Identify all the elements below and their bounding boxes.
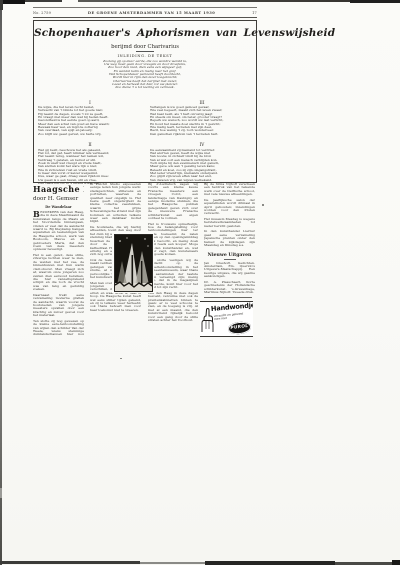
purol-brand-label: PUROL [230,324,248,331]
article-body-col1: BEZOEKERS van den Haag, die in deze Maar… [33,211,84,335]
notices-column: Bij de firma Nijhoff verscheen een herdr… [204,183,255,295]
feature-section-heading: INLEIDING. DE TEKST [34,54,256,58]
scan-speck [0,488,2,498]
scan-edge-bottom-segment [205,561,335,565]
woodcut-image [114,234,153,292]
feature-subtitle: berijmd door Charivarius [34,44,256,50]
stanza-lines: De eenzaamheid zij niemand tot verdriet:… [150,149,254,182]
stanza-numeral: IV [150,142,254,147]
masthead: No. 2759 DE GROENE AMSTERDAMMER VAN 15 M… [33,9,257,17]
stanza-lines: Wat gij bezit, beschouw het als geleend,… [38,149,142,186]
article-headline: Haagsche Kunst [33,184,84,194]
article-column-3: Bij d'Audretsch zagen wij voorts een kle… [148,183,198,336]
intro-verse: Zoolang gij op deez' aarde, die zoo wond… [70,60,220,90]
masthead-rule-bottom [33,17,257,18]
feature-title: Schopenhauer's Aphorismen van Levenswijs… [34,27,256,39]
article-byline: door H. Gemser [33,196,84,202]
scan-speck [262,204,264,206]
ad-top-rule [204,297,252,298]
scan-speck [120,358,122,359]
stanza-numeral: II [38,142,142,147]
masthead-paper-title: DE GROENE AMSTERDAMMER VAN 15 MAART 1930 [88,11,215,15]
scan-edge-bottom-corner [392,560,400,565]
article-subheading: De Wandelaar [33,205,84,209]
scan-edge-bottom-segment [140,562,205,564]
scan-edge-left [0,0,2,565]
masthead-issue-number: No. 2759 [33,11,51,15]
verse-column-left: I De wijze, die het leven recht beziet,V… [38,97,142,186]
feature-box: Schopenhauer's Aphorismen van Levenswijs… [33,20,257,183]
scan-edge-top-segment [78,0,352,2]
scan-edge-top-segment [350,0,400,3]
scan-edge-bottom-segment [0,561,140,564]
notices-heading: Nieuwe Uitgaven [204,253,255,258]
masthead-page-number: 17 [252,11,257,15]
purol-ad: Handwondjes verzacht en geneest men met … [200,301,253,337]
newspaper-page-scan: No. 2759 DE GROENE AMSTERDAMMER VAN 15 M… [0,0,400,565]
notices-divider [224,259,236,260]
scan-edge-top-segment [3,0,25,4]
stanza-lines: De wijze, die het leven recht beziet,Ver… [38,106,142,136]
stanza-lines: Verlangen is uw goed gemoed gevaar,Wie v… [150,106,254,136]
purol-brand-badge: PUROL [227,320,251,334]
ad-title: Handwondjes [211,301,253,313]
stanza-numeral: I [38,100,142,105]
scan-edge-corner [0,0,3,10]
verse-column-right: III Verlangen is uw goed gemoed gevaar,W… [150,97,254,183]
stanza-numeral: III [150,100,254,105]
notices-before: Bij de firma Nijhoff verscheen een herdr… [204,183,255,250]
woodcut-illustration [112,232,154,293]
notices-after: Jan Greshoff, Gedichten. Amsterdam, Em. … [204,262,255,295]
article-column-1: Haagsche Kunst door H. Gemser De Wandela… [33,184,84,340]
scan-edge-top-segment [25,0,62,2]
feature-divider [136,51,154,52]
ad-slogan: verzacht en geneest men met [214,312,244,321]
